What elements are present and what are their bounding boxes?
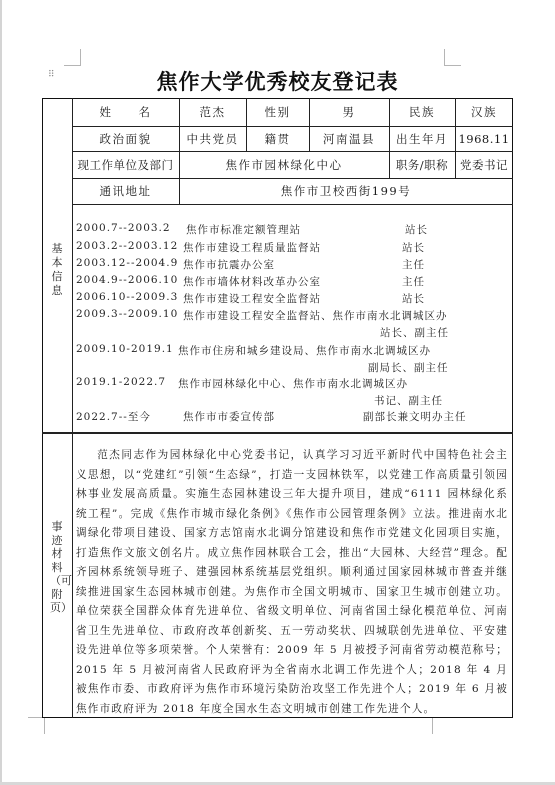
career-title: 站长: [402, 291, 425, 306]
career-title: 站长: [402, 240, 425, 255]
origin-value[interactable]: 河南温县: [309, 126, 389, 151]
career-period: 2019.1-2022.7: [76, 376, 166, 388]
margin-mark-bottom-left: [28, 717, 45, 734]
gender-value[interactable]: 男: [309, 98, 389, 126]
career-org: 焦作市建设工程质量监督站: [183, 240, 321, 255]
career-title: 书记、副主任: [374, 393, 443, 408]
position-label: 职务/职称: [389, 151, 455, 178]
career-title: 主任: [402, 257, 425, 272]
career-title: 站长、副主任: [380, 325, 449, 340]
margin-mark-bottom-right: [432, 717, 449, 734]
name-value[interactable]: 范杰: [179, 98, 246, 126]
birth-value[interactable]: 1968.11: [455, 126, 513, 151]
career-period: 2000.7--2003.2: [76, 222, 171, 234]
story-section-label: 事迹材料（可附页）: [50, 520, 64, 615]
career-period: 2006.10--2009.3: [76, 291, 178, 303]
career-title: 副部长兼文明办主任: [363, 409, 467, 424]
origin-label: 籍贯: [246, 126, 309, 151]
margin-mark-top-right: [444, 49, 461, 66]
basic-info-section-label: 基本信息: [50, 242, 64, 298]
career-period: 2003.2--2003.12: [76, 240, 178, 252]
margin-mark-top-left: [64, 49, 81, 66]
career-org: 焦作市标准定额管理站: [186, 222, 301, 237]
career-period: 2009.10-2019.1: [76, 343, 174, 355]
career-org: 焦作市建设工程安全监督站: [183, 291, 321, 306]
career-period: 2022.7--至今: [76, 409, 151, 424]
career-org: 焦作市住房和城乡建设局、焦作市南水北调城区办: [178, 343, 431, 358]
career-period: 2003.12--2004.9: [76, 257, 178, 269]
address-value[interactable]: 焦作市卫校西街199号: [179, 178, 513, 204]
career-org: 焦作市抗震办公室: [183, 257, 275, 272]
position-value[interactable]: 党委书记: [455, 151, 513, 178]
row-divider: [72, 204, 513, 205]
section-divider: [42, 432, 513, 434]
career-period: 2009.3--2009.10: [76, 308, 178, 320]
window-left-edge: [0, 0, 2, 785]
career-title: 主任: [402, 274, 425, 289]
career-title: 副局长、副主任: [368, 360, 449, 375]
name-label: 姓 名: [72, 98, 179, 126]
career-org: 焦作市墙体材料改革办公室: [183, 274, 321, 289]
gender-label: 性别: [246, 98, 309, 126]
career-org: 焦作市建设工程安全监督站、焦作市南水北调城区办: [183, 308, 448, 323]
birth-label: 出生年月: [389, 126, 455, 151]
career-org: 焦作市市委宣传部: [183, 409, 275, 424]
career-title: 站长: [405, 222, 428, 237]
document-title: 焦作大学优秀校友登记表: [0, 66, 555, 96]
story-text[interactable]: 范杰同志作为园林绿化中心党委书记，认真学习习近平新时代中国特色社会主义思想，以“…: [76, 446, 508, 719]
workplace-label: 现工作单位及部门: [72, 151, 179, 178]
address-label: 通讯地址: [72, 178, 179, 204]
political-label: 政治面貌: [72, 126, 179, 151]
career-org: 焦作市园林绿化中心、焦作市南水北调城区办: [178, 376, 408, 391]
political-value[interactable]: 中共党员: [179, 126, 246, 151]
ethnicity-value[interactable]: 汉族: [455, 98, 513, 126]
workplace-value[interactable]: 焦作市园林绿化中心: [179, 151, 389, 178]
ethnicity-label: 民族: [389, 98, 455, 126]
career-period: 2004.9--2006.10: [76, 274, 178, 286]
